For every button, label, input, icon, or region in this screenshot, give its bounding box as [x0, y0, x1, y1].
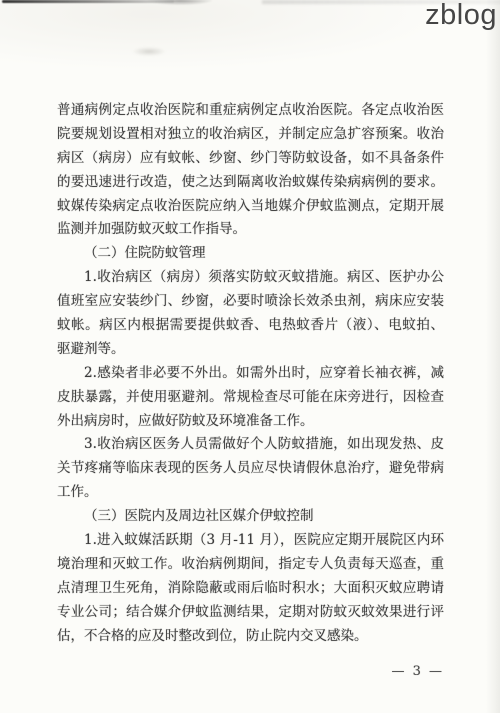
text-line: 工作。 — [57, 481, 444, 505]
section-heading-line: （二）住院防蚊管理 — [57, 242, 444, 266]
text-line: 境治理和灭蚊工作。收治病例期间，指定专人负责每天巡查，重 — [57, 553, 444, 577]
text-line: 的要迅速进行改造，使之达到隔离收治蚊媒传染病病例的要求。 — [57, 171, 444, 195]
text-line: 1.进入蚊媒活跃期（3 月-11 月），医院应定期开展院区内环 — [57, 529, 444, 553]
scan-artifact-top-blob — [148, 0, 212, 5]
text-line: 3.收治病区医务人员需做好个人防蚊措施，如出现发热、皮疹、 — [57, 433, 444, 457]
text-line: 关节疼痛等临床表现的医务人员应尽快请假休息治疗，避免带病 — [57, 457, 444, 481]
text-line: 值班室应安装纱门、纱窗，必要时喷涂长效杀虫剂，病床应安装 — [57, 290, 444, 314]
text-line: 普通病例定点收治医院和重症病例定点收治医院。各定点收治医 — [57, 99, 444, 123]
text-line: 点清理卫生死角，消除隐蔽或雨后临时积水；大面积灭蚊应聘请 — [57, 577, 444, 601]
page-number: — 3 — — [0, 663, 444, 681]
scan-artifact-smudge — [132, 47, 166, 56]
text-line: 外出病房时，应做好防蚊及环境准备工作。 — [57, 410, 444, 434]
scanned-document-page: zblog 普通病例定点收治医院和重症病例定点收治医院。各定点收治医院要规划设置… — [0, 0, 500, 713]
text-line: 专业公司；结合媒介伊蚊监测结果，定期对防蚊灭蚊效果进行评 — [57, 601, 444, 625]
document-body-text: 普通病例定点收治医院和重症病例定点收治医院。各定点收治医院要规划设置相对独立的收… — [57, 99, 444, 648]
text-line: 1.收治病区（病房）须落实防蚊灭蚊措施。病区、医护办公室、 — [57, 266, 444, 290]
text-line: 蚊帐。病区内根据需要提供蚊香、电热蚊香片（液）、电蚊拍、 — [57, 314, 444, 338]
scan-artifact-top-streak — [2, 0, 174, 3]
text-line: 皮肤暴露，并使用驱避剂。常规检查尽可能在床旁进行，因检查 — [57, 386, 444, 410]
section-heading-line: （三）医院内及周边社区媒介伊蚊控制 — [57, 505, 444, 529]
text-line: 蚊媒传染病定点收治医院应纳入当地媒介伊蚊监测点，定期开展 — [57, 195, 444, 219]
zblog-watermark: zblog — [425, 0, 497, 33]
text-line: 监测并加强防蚊灭蚊工作指导。 — [57, 218, 444, 242]
text-line: 驱避剂等。 — [57, 338, 444, 362]
text-line: 院要规划设置相对独立的收治病区，并制定应急扩容预案。收治 — [57, 123, 444, 147]
text-line: 2.感染者非必要不外出。如需外出时，应穿着长袖衣裤，减少 — [57, 362, 444, 386]
text-line: 病区（病房）应有蚊帐、纱窗、纱门等防蚊设备，如不具备条件 — [57, 147, 444, 171]
text-line: 估，不合格的应及时整改到位，防止院内交叉感染。 — [57, 625, 444, 649]
